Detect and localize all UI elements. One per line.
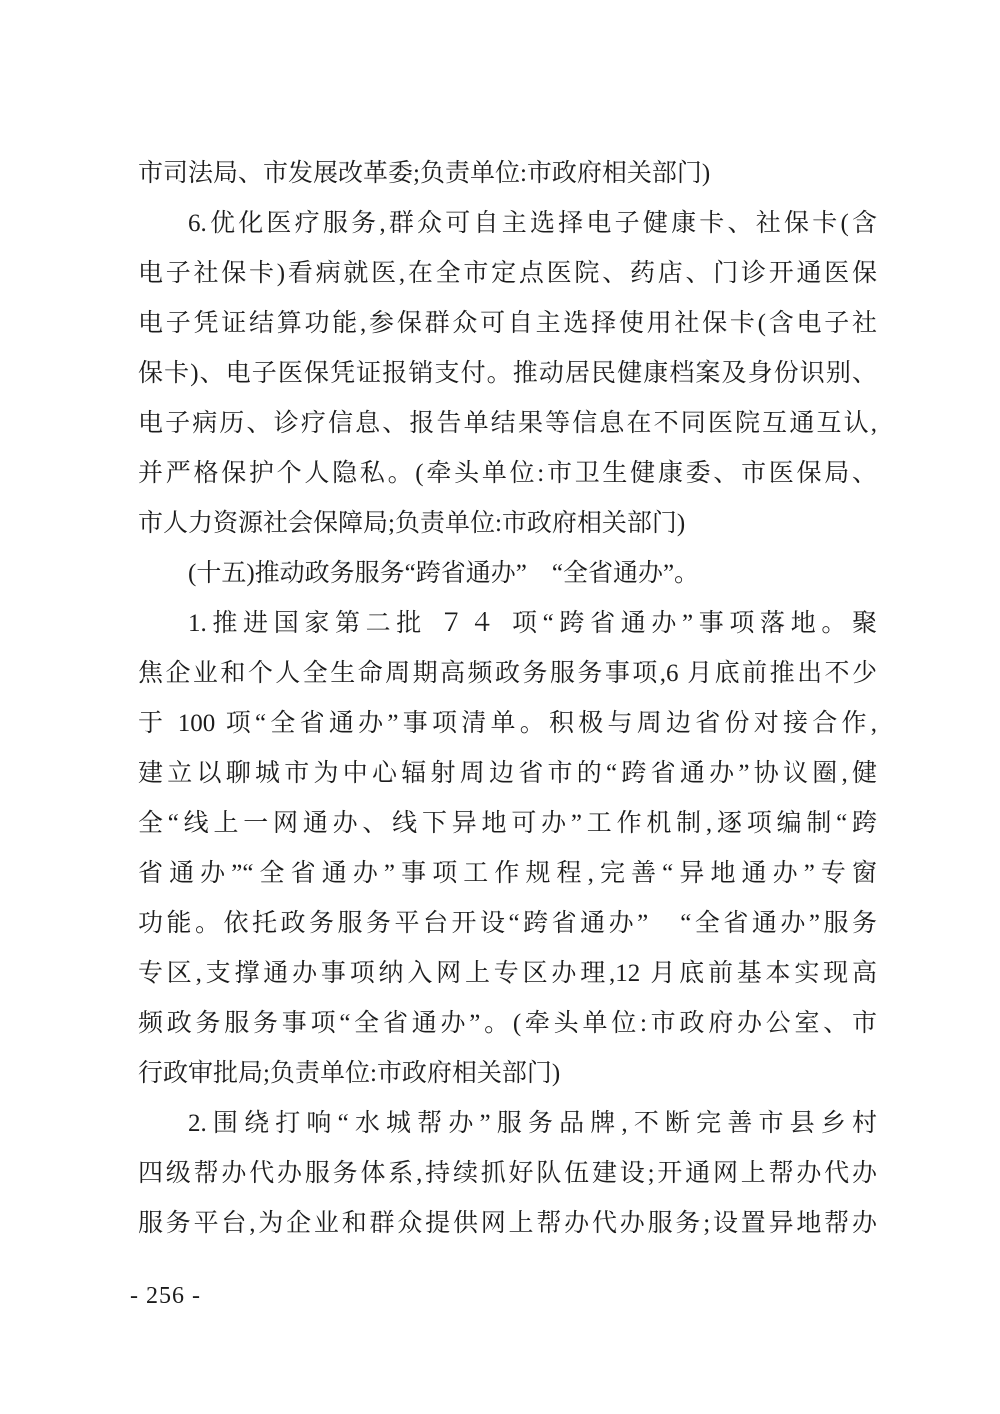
text-line: 于 100 项“全省通办”事项清单。积极与周边省份对接合作,	[138, 699, 877, 749]
document-page: 市司法局、市发展改革委;负责单位:市政府相关部门) 6.优化医疗服务,群众可自主…	[0, 0, 1000, 1414]
text-line: 2.围绕打响“水城帮办”服务品牌,不断完善市县乡村	[138, 1099, 877, 1149]
text-line: 1.推进国家第二批 ７４ 项“跨省通办”事项落地。聚	[138, 599, 877, 649]
text-line: 频政务服务事项“全省通办”。(牵头单位:市政府办公室、市	[138, 999, 877, 1049]
page-number: - 256 -	[130, 1281, 201, 1311]
text-line: 并严格保护个人隐私。(牵头单位:市卫生健康委、市医保局、	[138, 449, 877, 499]
text-line: 电子病历、诊疗信息、报告单结果等信息在不同医院互通互认,	[138, 399, 877, 449]
text-line: 6.优化医疗服务,群众可自主选择电子健康卡、社保卡(含	[138, 199, 877, 249]
document-body: 市司法局、市发展改革委;负责单位:市政府相关部门) 6.优化医疗服务,群众可自主…	[138, 149, 877, 1249]
text-line: 专区,支撑通办事项纳入网上专区办理,12 月底前基本实现高	[138, 949, 877, 999]
text-line: 焦企业和个人全生命周期高频政务服务事项,6 月底前推出不少	[138, 649, 877, 699]
text-line: 保卡)、电子医保凭证报销支付。推动居民健康档案及身份识别、	[138, 349, 877, 399]
text-line: 电子社保卡)看病就医,在全市定点医院、药店、门诊开通医保	[138, 249, 877, 299]
text-line: 建立以聊城市为中心辐射周边省市的“跨省通办”协议圈,健	[138, 749, 877, 799]
text-line: 全“线上一网通办、线下异地可办”工作机制,逐项编制“跨	[138, 799, 877, 849]
section-heading-line: (十五)推动政务服务“跨省通办” “全省通办”。	[138, 549, 877, 599]
text-line: 电子凭证结算功能,参保群众可自主选择使用社保卡(含电子社	[138, 299, 877, 349]
text-line: 功能。依托政务服务平台开设“跨省通办” “全省通办”服务	[138, 899, 877, 949]
text-line: 四级帮办代办服务体系,持续抓好队伍建设;开通网上帮办代办	[138, 1149, 877, 1199]
text-line: 省通办”“全省通办”事项工作规程,完善“异地通办”专窗	[138, 849, 877, 899]
text-line: 市人力资源社会保障局;负责单位:市政府相关部门)	[138, 499, 877, 549]
text-line: 市司法局、市发展改革委;负责单位:市政府相关部门)	[138, 149, 877, 199]
text-line: 服务平台,为企业和群众提供网上帮办代办服务;设置异地帮办	[138, 1199, 877, 1249]
text-line: 行政审批局;负责单位:市政府相关部门)	[138, 1049, 877, 1099]
